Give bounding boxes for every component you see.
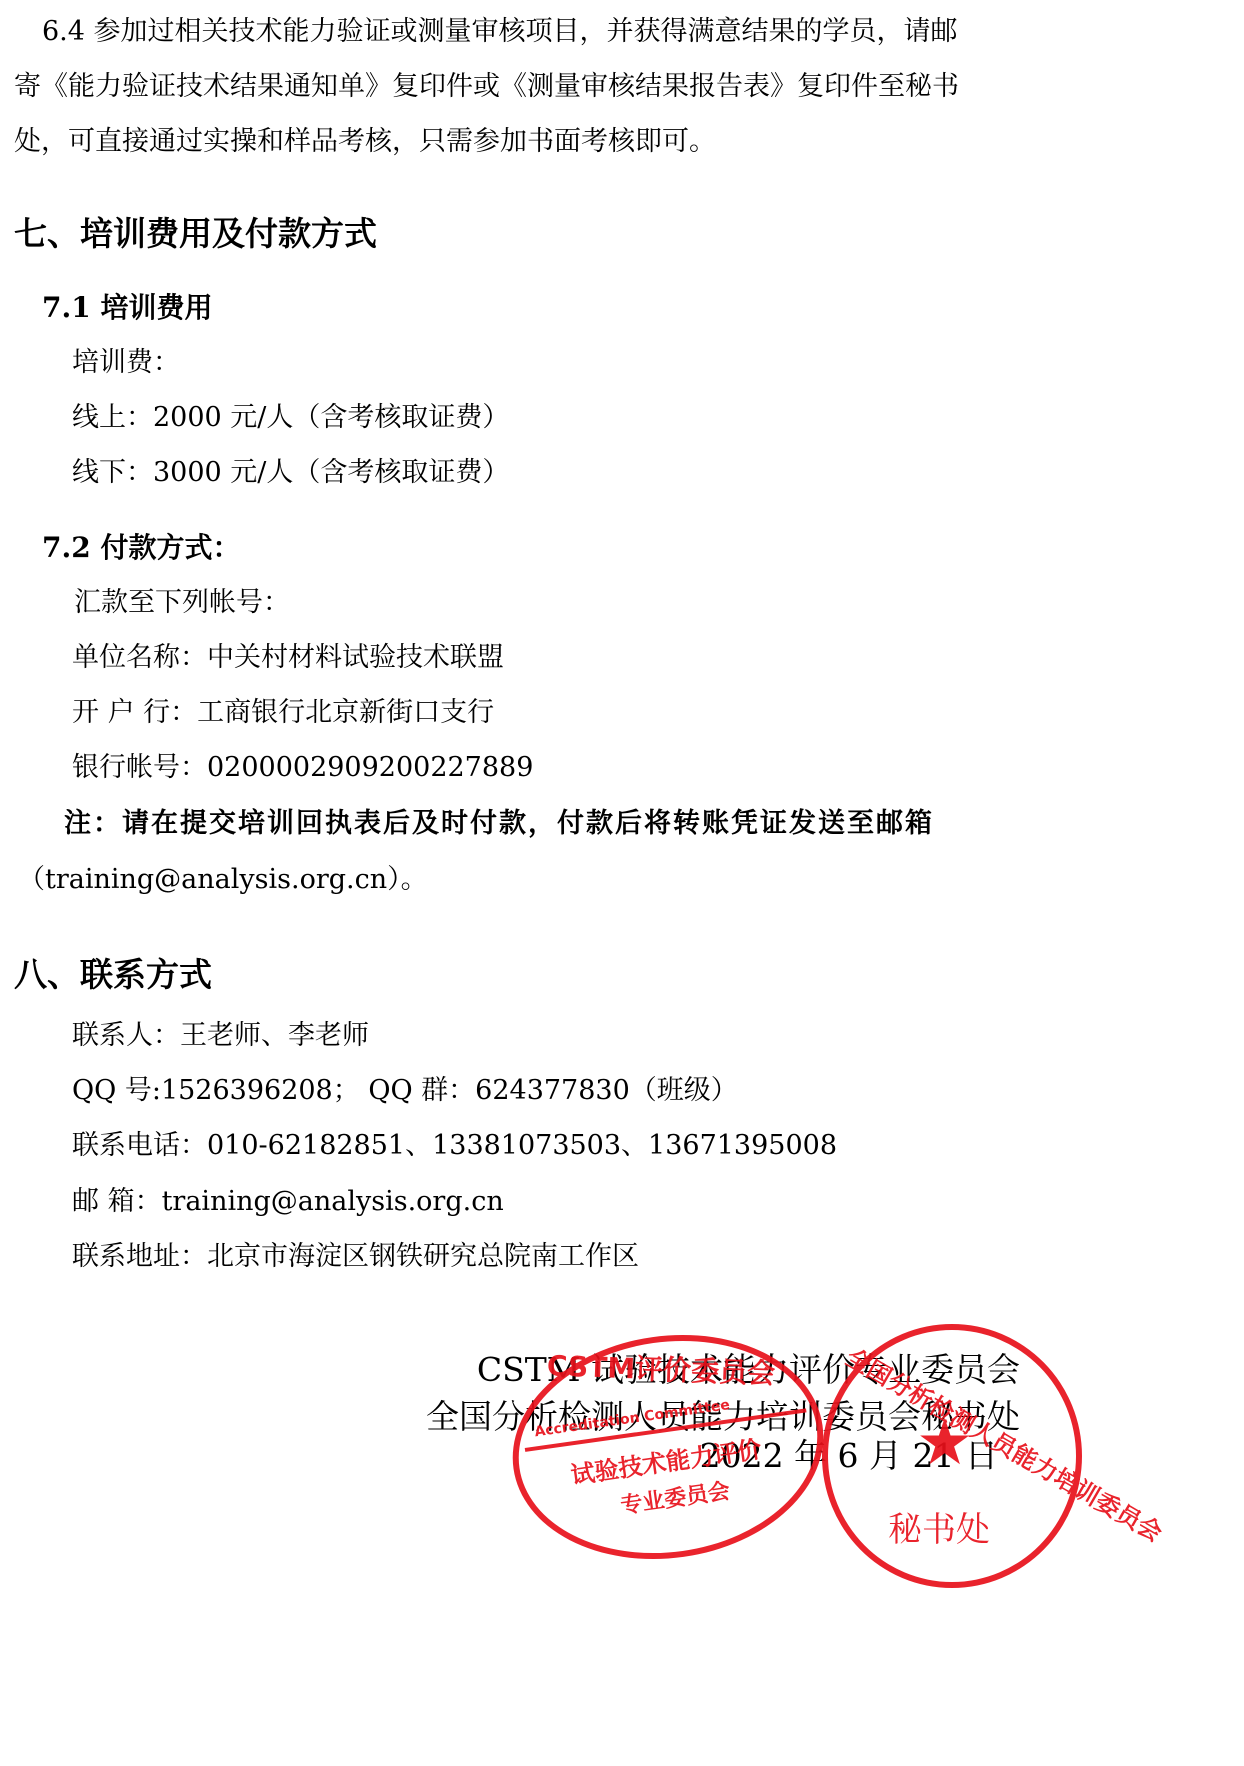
section-8-heading: 八、联系方式 xyxy=(14,955,212,995)
contact-qq: QQ 号:1526396208； QQ 群：624377830（班级） xyxy=(72,1071,738,1111)
stamp-secretariat: 全国分析检测人员能力培训委员会 ★ 秘书处 xyxy=(822,1324,1082,1588)
fee-online: 线上：2000 元/人（含考核取证费） xyxy=(72,398,509,438)
contact-person: 联系人：王老师、李老师 xyxy=(72,1016,369,1056)
stamp-center-text: 秘书处 xyxy=(888,1502,990,1551)
contact-email: 邮 箱：training@analysis.org.cn xyxy=(72,1182,504,1222)
contact-address: 联系地址：北京市海淀区钢铁研究总院南工作区 xyxy=(72,1237,639,1277)
text-line: 处，可直接通过实操和样品考核，只需参加书面考核即可。 xyxy=(14,122,716,162)
contact-phone: 联系电话：010-62182851、13381073503、1367139500… xyxy=(72,1126,837,1166)
text-line: 寄《能力验证技术结果通知单》复印件或《测量审核结果报告表》复印件至秘书 xyxy=(14,67,959,107)
fee-offline: 线下：3000 元/人（含考核取证费） xyxy=(72,453,509,493)
payment-intro: 汇款至下列帐号： xyxy=(74,583,290,623)
payment-note-email: （training@analysis.org.cn）。 xyxy=(18,860,428,900)
payment-unit: 单位名称：中关村材料试验技术联盟 xyxy=(72,638,504,678)
text-line: 6.4 参加过相关技术能力验证或测量审核项目，并获得满意结果的学员，请邮 xyxy=(42,12,958,52)
stamp-top-text: CSTM评价委员会 xyxy=(546,1344,775,1392)
payment-bank: 开 户 行：工商银行北京新街口支行 xyxy=(72,693,494,733)
payment-note: 注：请在提交培训回执表后及时付款，付款后将转账凭证发送至邮箱 xyxy=(64,804,934,844)
subsection-7-2-heading: 7.2 付款方式： xyxy=(42,528,240,568)
section-7-heading: 七、培训费用及付款方式 xyxy=(14,214,377,254)
subsection-7-1-heading: 7.1 培训费用 xyxy=(42,288,212,328)
fee-label: 培训费： xyxy=(72,343,180,383)
star-icon: ★ xyxy=(916,1406,973,1480)
payment-account: 银行帐号：0200002909200227889 xyxy=(72,748,533,788)
